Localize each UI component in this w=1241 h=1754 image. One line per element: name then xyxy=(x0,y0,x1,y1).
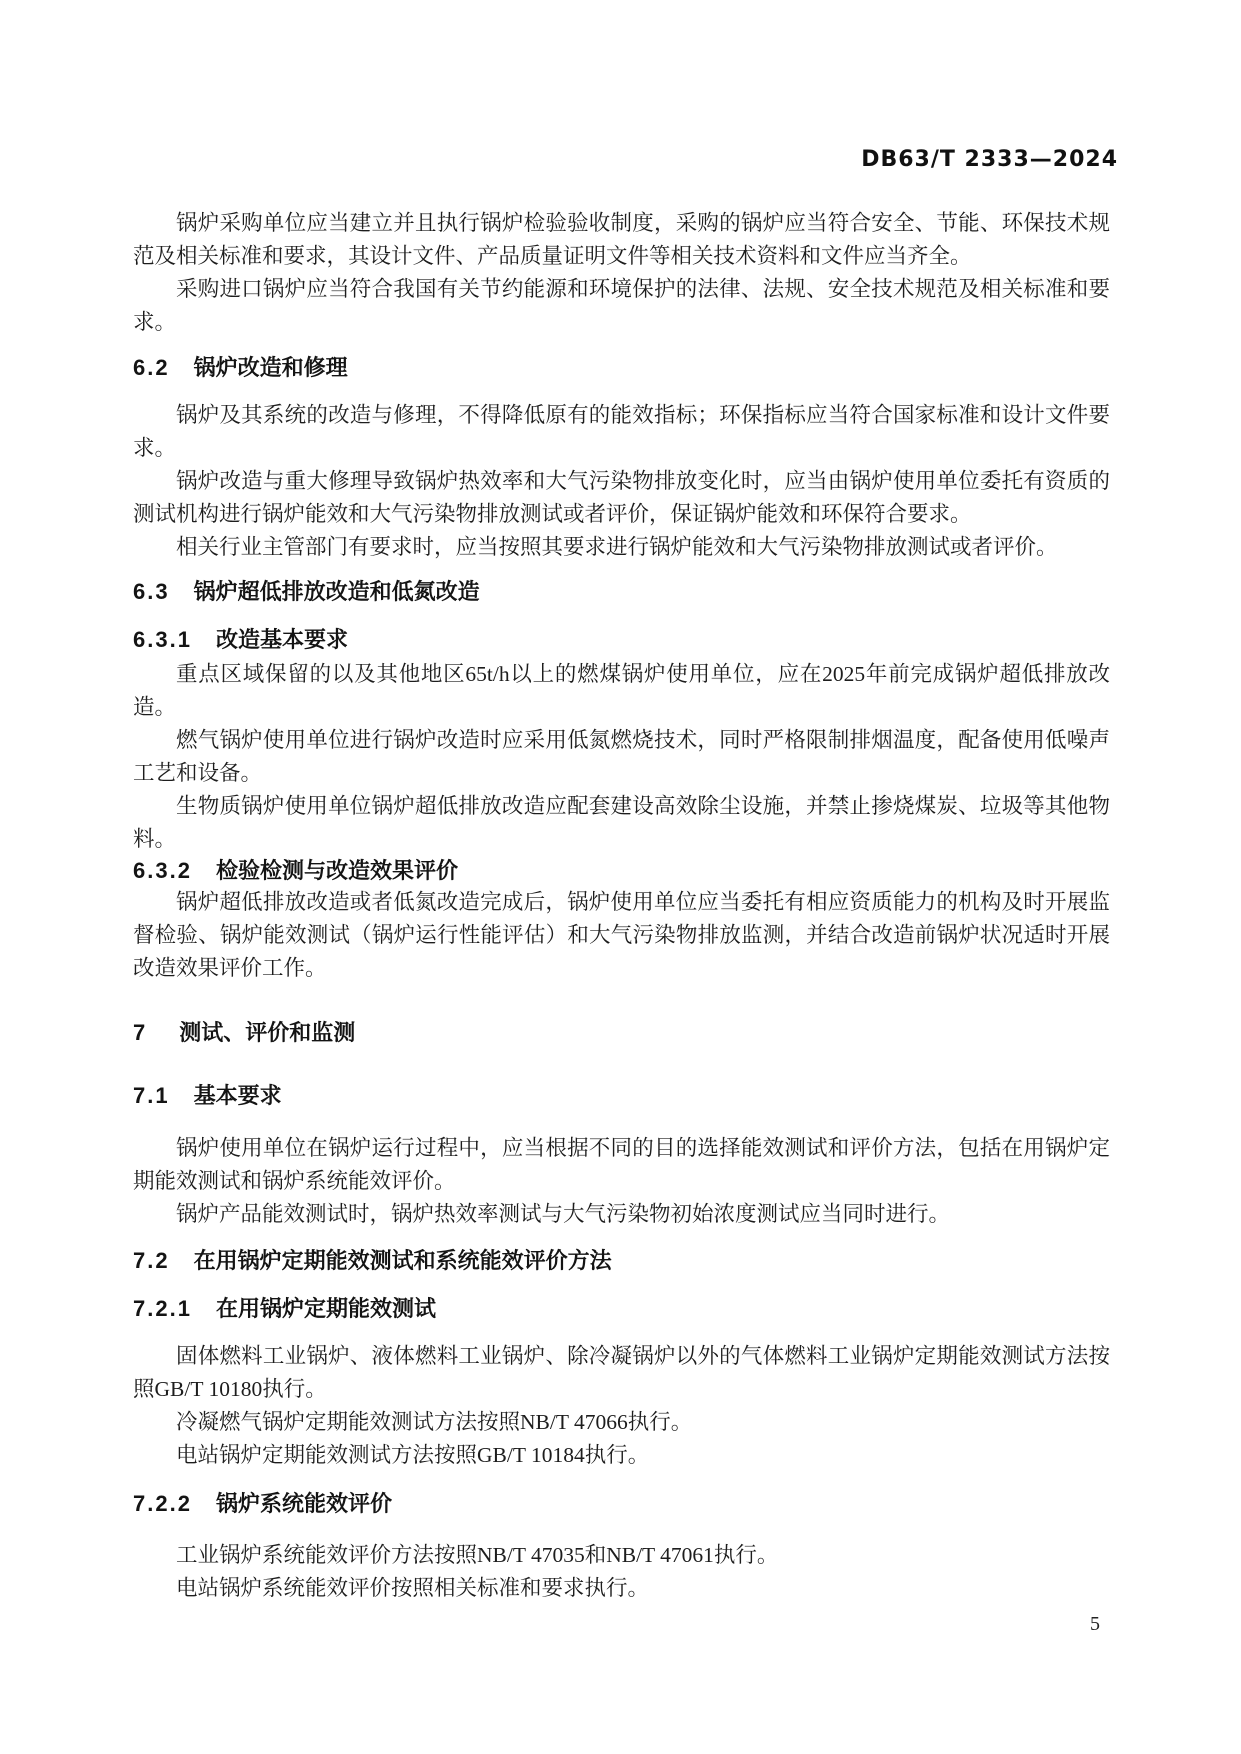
paragraph-product-energy-test: 锅炉产品能效测试时，锅炉热效率测试与大气污染物初始浓度测试应当同时进行。 xyxy=(133,1198,1110,1231)
section-number: 7.1 xyxy=(133,1083,170,1108)
subsection-heading-7-2-2: 7.2.2锅炉系统能效评价 xyxy=(133,1489,1110,1519)
subsection-heading-7-2-1: 7.2.1在用锅炉定期能效测试 xyxy=(133,1294,1110,1324)
section-title: 锅炉改造和修理 xyxy=(194,355,348,380)
subsection-number: 6.3.1 xyxy=(133,627,192,652)
chapter-number: 7 xyxy=(133,1020,147,1045)
chapter-title: 测试、评价和监测 xyxy=(179,1020,355,1045)
standard-number: DB63/T 2333—2024 xyxy=(861,147,1118,172)
section-heading-7-2: 7.2在用锅炉定期能效测试和系统能效评价方法 xyxy=(133,1246,1110,1276)
paragraph-industrial-system-evaluation: 工业锅炉系统能效评价方法按照NB/T 47035和NB/T 47061执行。 xyxy=(133,1539,1110,1572)
paragraph-post-retrofit-testing: 锅炉超低排放改造或者低氮改造完成后，锅炉使用单位应当委托有相应资质能力的机构及时… xyxy=(133,886,1110,985)
section-heading-7-1: 7.1基本要求 xyxy=(133,1081,1110,1111)
document-header: DB63/T 2333—2024 xyxy=(861,147,1118,172)
document-body: 锅炉采购单位应当建立并且执行锅炉检验验收制度，采购的锅炉应当符合安全、节能、环保… xyxy=(133,207,1110,1605)
subsection-heading-6-3-1: 6.3.1改造基本要求 xyxy=(133,625,1110,655)
paragraph-gas-boiler-low-nox: 燃气锅炉使用单位进行锅炉改造时应采用低氮燃烧技术，同时严格限制排烟温度，配备使用… xyxy=(133,724,1110,790)
paragraph-power-station-evaluation: 电站锅炉系统能效评价按照相关标准和要求执行。 xyxy=(133,1572,1110,1605)
paragraph-imported-boiler: 采购进口锅炉应当符合我国有关节约能源和环境保护的法律、法规、安全技术规范及相关标… xyxy=(133,273,1110,339)
subsection-title: 检验检测与改造效果评价 xyxy=(216,858,458,883)
section-number: 6.2 xyxy=(133,355,170,380)
section-heading-6-2: 6.2锅炉改造和修理 xyxy=(133,353,1110,383)
section-number: 6.3 xyxy=(133,579,170,604)
paragraph-solid-liquid-gas-test: 固体燃料工业锅炉、液体燃料工业锅炉、除冷凝锅炉以外的气体燃料工业锅炉定期能效测试… xyxy=(133,1340,1110,1406)
paragraph-test-method-selection: 锅炉使用单位在锅炉运行过程中，应当根据不同的目的选择能效测试和评价方法，包括在用… xyxy=(133,1132,1110,1198)
paragraph-industry-authority: 相关行业主管部门有要求时，应当按照其要求进行锅炉能效和大气污染物排放测试或者评价… xyxy=(133,531,1110,564)
paragraph-boiler-procurement: 锅炉采购单位应当建立并且执行锅炉检验验收制度，采购的锅炉应当符合安全、节能、环保… xyxy=(133,207,1110,273)
subsection-number: 7.2.2 xyxy=(133,1491,192,1516)
subsection-title: 改造基本要求 xyxy=(216,627,348,652)
paragraph-retrofit-major-repair: 锅炉改造与重大修理导致锅炉热效率和大气污染物排放变化时，应当由锅炉使用单位委托有… xyxy=(133,465,1110,531)
page-number: 5 xyxy=(1090,1612,1100,1636)
section-number: 7.2 xyxy=(133,1248,170,1273)
section-title: 基本要求 xyxy=(194,1083,282,1108)
paragraph-biomass-boiler: 生物质锅炉使用单位锅炉超低排放改造应配套建设高效除尘设施，并禁止掺烧煤炭、垃圾等… xyxy=(133,790,1110,856)
paragraph-ultra-low-emission-deadline: 重点区域保留的以及其他地区65t/h以上的燃煤锅炉使用单位，应在2025年前完成… xyxy=(133,658,1110,724)
document-page: DB63/T 2333—2024 锅炉采购单位应当建立并且执行锅炉检验验收制度，… xyxy=(0,0,1241,1754)
paragraph-retrofit-repair: 锅炉及其系统的改造与修理，不得降低原有的能效指标；环保指标应当符合国家标准和设计… xyxy=(133,399,1110,465)
section-title: 锅炉超低排放改造和低氮改造 xyxy=(194,579,480,604)
subsection-number: 6.3.2 xyxy=(133,858,192,883)
section-title: 在用锅炉定期能效测试和系统能效评价方法 xyxy=(194,1248,612,1273)
section-heading-6-3: 6.3锅炉超低排放改造和低氮改造 xyxy=(133,577,1110,607)
subsection-title: 在用锅炉定期能效测试 xyxy=(216,1296,436,1321)
chapter-heading-7: 7测试、评价和监测 xyxy=(133,1018,1110,1048)
subsection-heading-6-3-2: 6.3.2检验检测与改造效果评价 xyxy=(133,856,1110,886)
paragraph-power-station-test: 电站锅炉定期能效测试方法按照GB/T 10184执行。 xyxy=(133,1439,1110,1472)
subsection-title: 锅炉系统能效评价 xyxy=(216,1491,392,1516)
paragraph-condensing-gas-test: 冷凝燃气锅炉定期能效测试方法按照NB/T 47066执行。 xyxy=(133,1406,1110,1439)
subsection-number: 7.2.1 xyxy=(133,1296,192,1321)
